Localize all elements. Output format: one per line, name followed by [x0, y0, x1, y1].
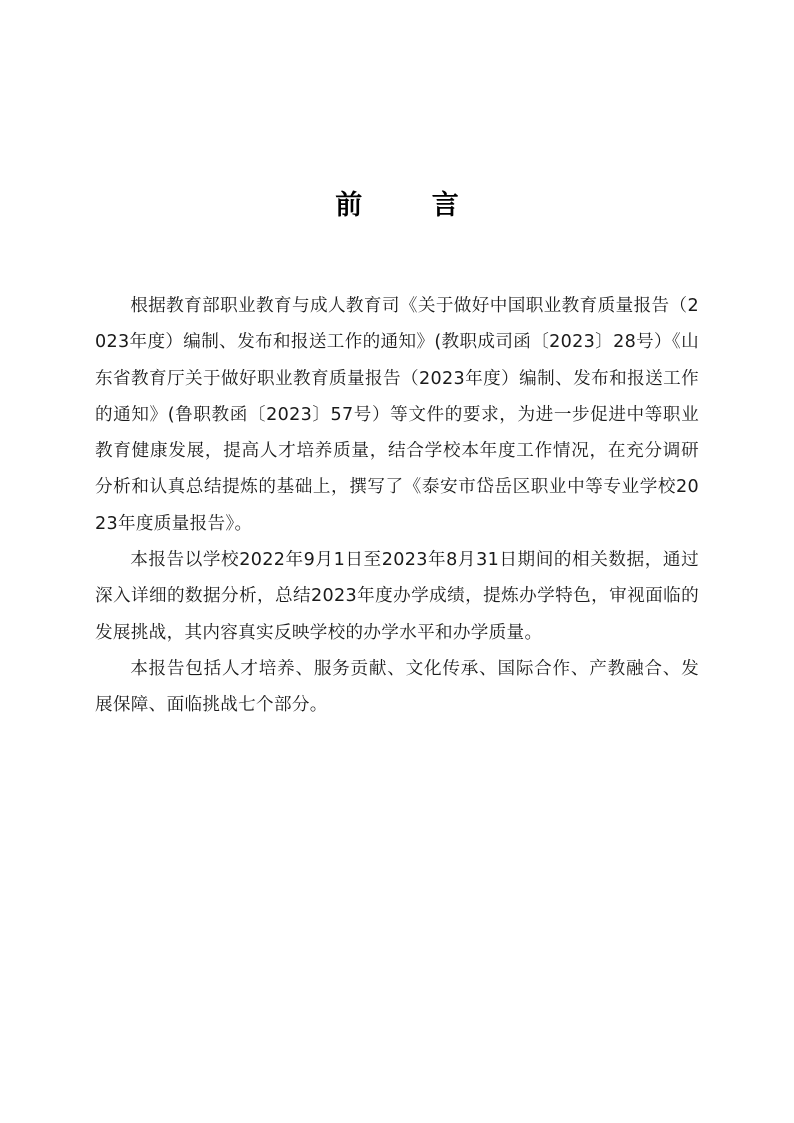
page-title: 前 言 [0, 186, 794, 226]
document-page: 前 言 根据教育部职业教育与成人教育司《关于做好中国职业教育质量报告（2023年… [0, 0, 794, 1123]
paragraph-data-period: 本报告以学校2022年9月1日至2023年8月31日期间的相关数据，通过深入详细… [95, 542, 699, 651]
document-body: 根据教育部职业教育与成人教育司《关于做好中国职业教育质量报告（2023年度）编制… [95, 288, 699, 724]
paragraph-contents: 本报告包括人才培养、服务贡献、文化传承、国际合作、产教融合、发展保障、面临挑战七… [95, 651, 699, 724]
paragraph-intro: 根据教育部职业教育与成人教育司《关于做好中国职业教育质量报告（2023年度）编制… [95, 288, 699, 542]
